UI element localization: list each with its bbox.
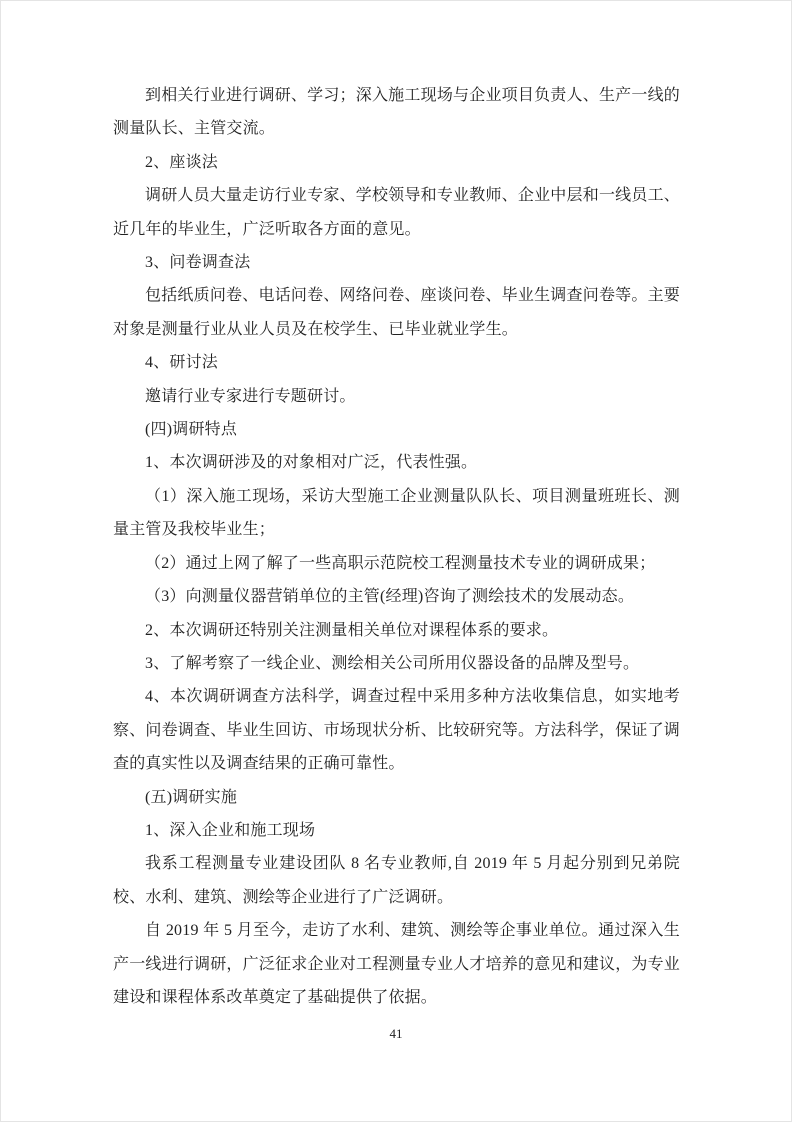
paragraph: 我系工程测量专业建设团队 8 名专业教师,自 2019 年 5 月起分别到兄弟院… xyxy=(113,847,680,914)
document-page: 到相关行业进行调研、学习；深入施工现场与企业项目负责人、生产一线的测量队长、主管… xyxy=(0,0,792,1122)
paragraph: 到相关行业进行调研、学习；深入施工现场与企业项目负责人、生产一线的测量队长、主管… xyxy=(113,79,680,146)
section-heading: (四)调研特点 xyxy=(113,413,680,446)
paragraph: 自 2019 年 5 月至今，走访了水利、建筑、测绘等企事业单位。通过深入生产一… xyxy=(113,914,680,1014)
paragraph: 包括纸质问卷、电话问卷、网络问卷、座谈问卷、毕业生调查问卷等。主要对象是测量行业… xyxy=(113,279,680,346)
list-item-heading: 4、研讨法 xyxy=(113,346,680,379)
paragraph: 1、本次调研涉及的对象相对广泛，代表性强。 xyxy=(113,446,680,479)
paragraph: 调研人员大量走访行业专家、学校领导和专业教师、企业中层和一线员工、近几年的毕业生… xyxy=(113,179,680,246)
paragraph: 4、本次调研调查方法科学，调查过程中采用多种方法收集信息，如实地考察、问卷调查、… xyxy=(113,680,680,780)
paragraph: （3）向测量仪器营销单位的主管(经理)咨询了测绘技术的发展动态。 xyxy=(113,580,680,613)
page-number: 41 xyxy=(0,1026,792,1042)
paragraph: 2、本次调研还特别关注测量相关单位对课程体系的要求。 xyxy=(113,614,680,647)
paragraph: （2）通过上网了解了一些高职示范院校工程测量技术专业的调研成果； xyxy=(113,547,680,580)
list-item-heading: 2、座谈法 xyxy=(113,146,680,179)
paragraph: 3、了解考察了一线企业、测绘相关公司所用仪器设备的品牌及型号。 xyxy=(113,647,680,680)
paragraph: （1）深入施工现场，采访大型施工企业测量队队长、项目测量班班长、测量主管及我校毕… xyxy=(113,480,680,547)
section-heading: (五)调研实施 xyxy=(113,781,680,814)
list-item-heading: 1、深入企业和施工现场 xyxy=(113,814,680,847)
document-body: 到相关行业进行调研、学习；深入施工现场与企业项目负责人、生产一线的测量队长、主管… xyxy=(113,79,680,1014)
paragraph: 邀请行业专家进行专题研讨。 xyxy=(113,380,680,413)
list-item-heading: 3、问卷调查法 xyxy=(113,246,680,279)
